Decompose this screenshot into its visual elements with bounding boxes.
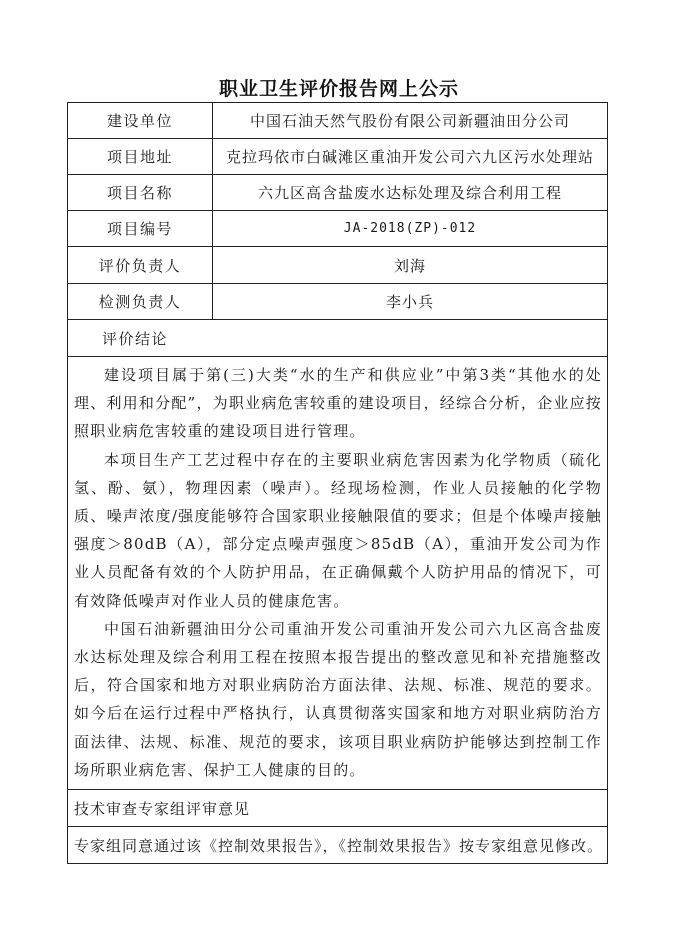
- field-label: 项目编号: [68, 211, 213, 246]
- conclusion-heading: 评价结论: [68, 320, 168, 356]
- field-label: 评价负责人: [68, 247, 213, 283]
- table-row-testing-lead: 检测负责人 李小兵: [68, 284, 607, 320]
- expert-review-body-row: 专家组同意通过该《控制效果报告》，《控制效果报告》按专家组意见修改。: [68, 827, 607, 863]
- table-row-project-address: 项目地址 克拉玛依市白碱滩区重油开发公司六九区污水处理站: [68, 139, 607, 175]
- field-label: 项目名称: [68, 175, 213, 210]
- conclusion-body-row: 建设项目属于第(三)大类“水的生产和供应业”中第3类“其他水的处理、利用和分配”…: [68, 357, 607, 790]
- table-row-construction-unit: 建设单位 中国石油天然气股份有限公司新疆油田分公司: [68, 103, 607, 139]
- field-value: 李小兵: [213, 284, 607, 319]
- conclusion-paragraph: 中国石油新疆油田分公司重油开发公司重油开发公司六九区高含盐废水达标处理及综合利用…: [74, 615, 602, 784]
- page-title: 职业卫生评价报告网上公示: [0, 74, 678, 101]
- field-value: 六九区高含盐废水达标处理及综合利用工程: [213, 175, 607, 210]
- conclusion-paragraph: 本项目生产工艺过程中存在的主要职业病危害因素为化学物质（硫化氢、酚、氨），物理因…: [74, 446, 602, 615]
- field-label: 检测负责人: [68, 284, 213, 319]
- table-row-evaluation-lead: 评价负责人 刘海: [68, 247, 607, 284]
- expert-review-text: 专家组同意通过该《控制效果报告》，《控制效果报告》按专家组意见修改。: [68, 827, 603, 863]
- conclusion-paragraph: 建设项目属于第(三)大类“水的生产和供应业”中第3类“其他水的处理、利用和分配”…: [74, 361, 602, 446]
- conclusion-body: 建设项目属于第(三)大类“水的生产和供应业”中第3类“其他水的处理、利用和分配”…: [68, 357, 607, 789]
- field-value: JA-2018(ZP)-012: [213, 211, 607, 246]
- table-row-project-name: 项目名称 六九区高含盐废水达标处理及综合利用工程: [68, 175, 607, 211]
- field-value: 中国石油天然气股份有限公司新疆油田分公司: [213, 103, 607, 138]
- field-value: 刘海: [213, 247, 607, 283]
- field-value: 克拉玛依市白碱滩区重油开发公司六九区污水处理站: [213, 139, 607, 174]
- field-label: 项目地址: [68, 139, 213, 174]
- expert-review-heading-row: 技术审查专家组评审意见: [68, 790, 607, 827]
- conclusion-heading-row: 评价结论: [68, 320, 607, 357]
- table-row-project-number: 项目编号 JA-2018(ZP)-012: [68, 211, 607, 247]
- disclosure-table: 建设单位 中国石油天然气股份有限公司新疆油田分公司 项目地址 克拉玛依市白碱滩区…: [67, 102, 608, 864]
- expert-review-heading: 技术审查专家组评审意见: [68, 790, 250, 826]
- field-label: 建设单位: [68, 103, 213, 138]
